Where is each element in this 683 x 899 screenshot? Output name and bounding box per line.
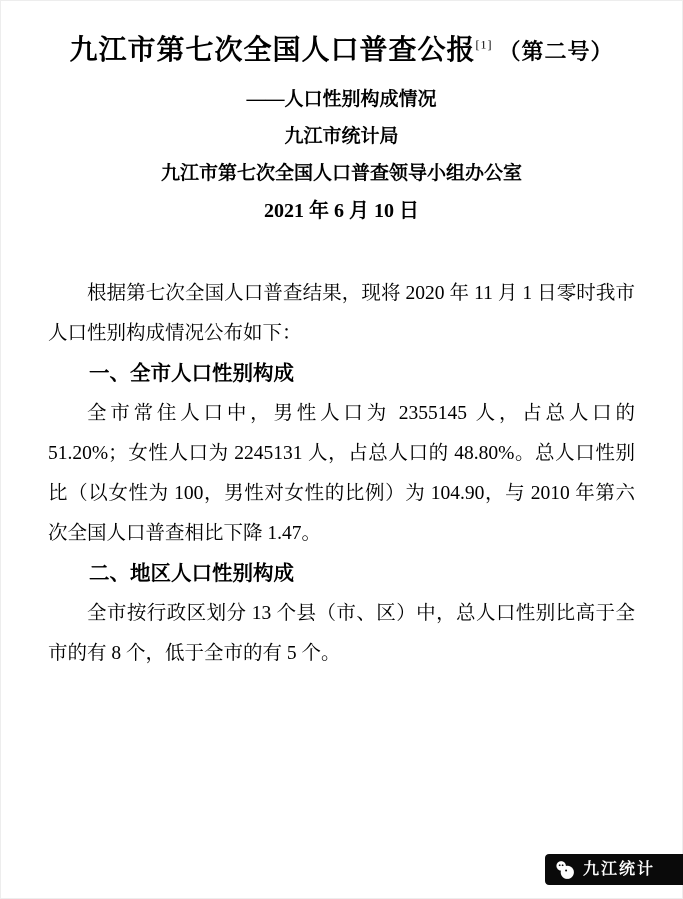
bulletin-subtitle: ——人口性别构成情况 (0, 90, 683, 110)
bulletin-title-main: 九江市第七次全国人口普查公报 (69, 34, 475, 65)
footnote-reference: [1] (476, 38, 493, 52)
document-body: 根据第七次全国人口普查结果，现将 2020 年 11 月 1 日零时我市人口性别… (48, 274, 635, 674)
intro-paragraph: 根据第七次全国人口普查结果，现将 2020 年 11 月 1 日零时我市人口性别… (48, 274, 635, 354)
issuing-agency-2: 九江市第七次全国人口普查领导小组办公室 (0, 164, 683, 184)
section-2-heading: 二、地区人口性别构成 (48, 554, 635, 594)
watermark-badge: 九江统计 (545, 854, 683, 885)
bulletin-number: （第二号） (499, 39, 614, 64)
section-1-heading: 一、全市人口性别构成 (48, 354, 635, 394)
publish-date: 2021 年 6 月 10 日 (0, 200, 683, 222)
watermark-label: 九江统计 (583, 862, 655, 878)
section-2-paragraph: 全市按行政区划分 13 个县（市、区）中，总人口性别比高于全市的有 8 个，低于… (48, 594, 635, 674)
issuing-agency-1: 九江市统计局 (0, 127, 683, 147)
document-head: 九江市第七次全国人口普查公报[1]（第二号） ——人口性别构成情况 九江市统计局… (0, 0, 683, 222)
bulletin-title: 九江市第七次全国人口普查公报[1]（第二号） (0, 0, 683, 68)
section-1-paragraph: 全市常住人口中，男性人口为 2355145 人，占总人口的 51.20%；女性人… (48, 394, 635, 554)
jiujiang-statistics-logo-icon (554, 859, 576, 881)
document-page: 九江市第七次全国人口普查公报[1]（第二号） ——人口性别构成情况 九江市统计局… (0, 0, 683, 899)
